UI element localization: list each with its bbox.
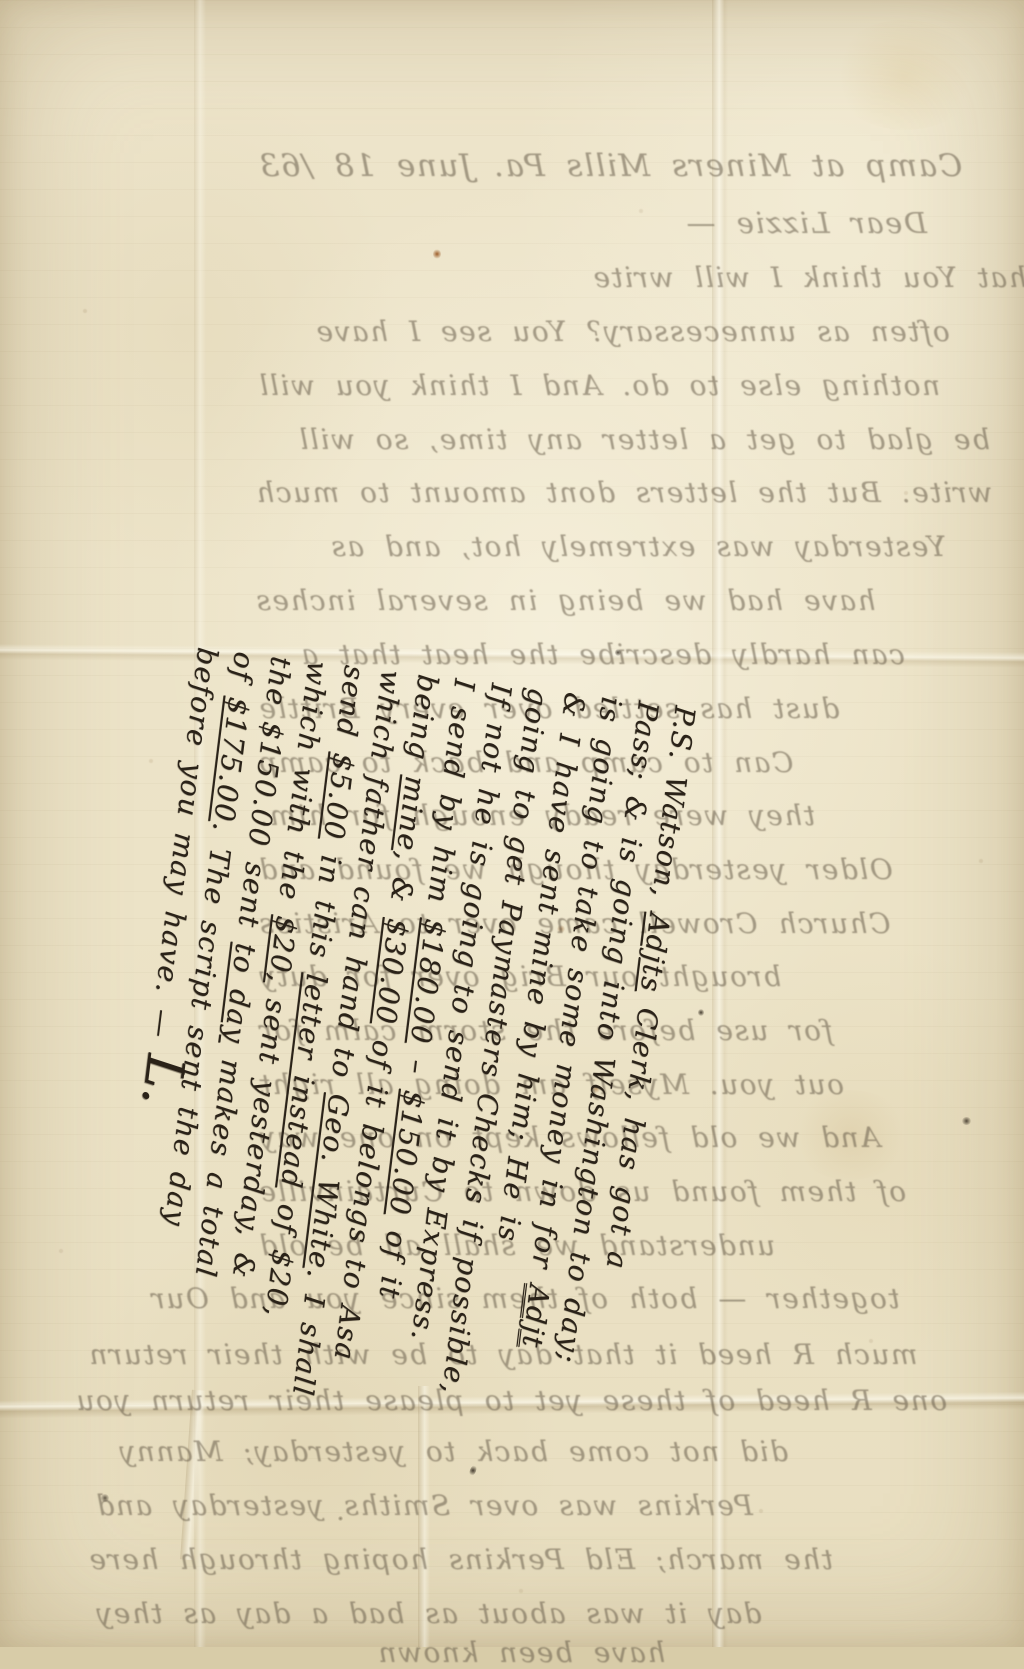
- postscript-text: $20,: [262, 914, 303, 986]
- ghost-line: be glad to get a letter any time, so wil…: [298, 423, 990, 456]
- ghost-line: Dear Lizzie —: [685, 206, 927, 240]
- ghost-line: the march; Eld Perkins hoping through he…: [88, 1543, 833, 1576]
- ghost-line: Camp at Miners Mills Pa. June 18 /63: [258, 148, 962, 184]
- ghost-line: did not come back to yesterday; Manny: [118, 1435, 788, 1468]
- ghost-line: often as unnecessary? You see I have: [315, 315, 950, 348]
- ghost-line: Yesterday was extremely hot, and as: [330, 530, 946, 563]
- ghost-line: can hardly describe the heat that a: [300, 638, 905, 671]
- letter-page: Camp at Miners Mills Pa. June 18 /63Dear…: [0, 0, 1024, 1647]
- ghost-line: nothing else to do. And I think you will: [258, 369, 940, 402]
- postscript-text: mine: [390, 774, 432, 854]
- ghost-line: day it was about as bad a day as they: [95, 1597, 762, 1630]
- postscript-text: Adjts: [634, 911, 676, 994]
- ghost-line: have been known: [377, 1636, 665, 1647]
- postscript-text: –: [398, 1042, 436, 1092]
- signature-initial: L.: [129, 1051, 195, 1109]
- ghost-line: write. But the letters dont amount to mu…: [255, 476, 992, 509]
- postscript-text: of: [223, 650, 261, 699]
- postscript-text: , &: [382, 850, 423, 921]
- postscript-note: P.S. Watson, Adjts Clerk, has got aPass;…: [100, 645, 703, 1419]
- ghost-line: What You think I will write: [592, 261, 1024, 294]
- postscript-text: Adjt: [516, 1283, 557, 1351]
- ghost-line: Perkins was over Smiths yesterday and: [95, 1489, 753, 1522]
- ghost-line: have had we being in several inches: [255, 584, 876, 617]
